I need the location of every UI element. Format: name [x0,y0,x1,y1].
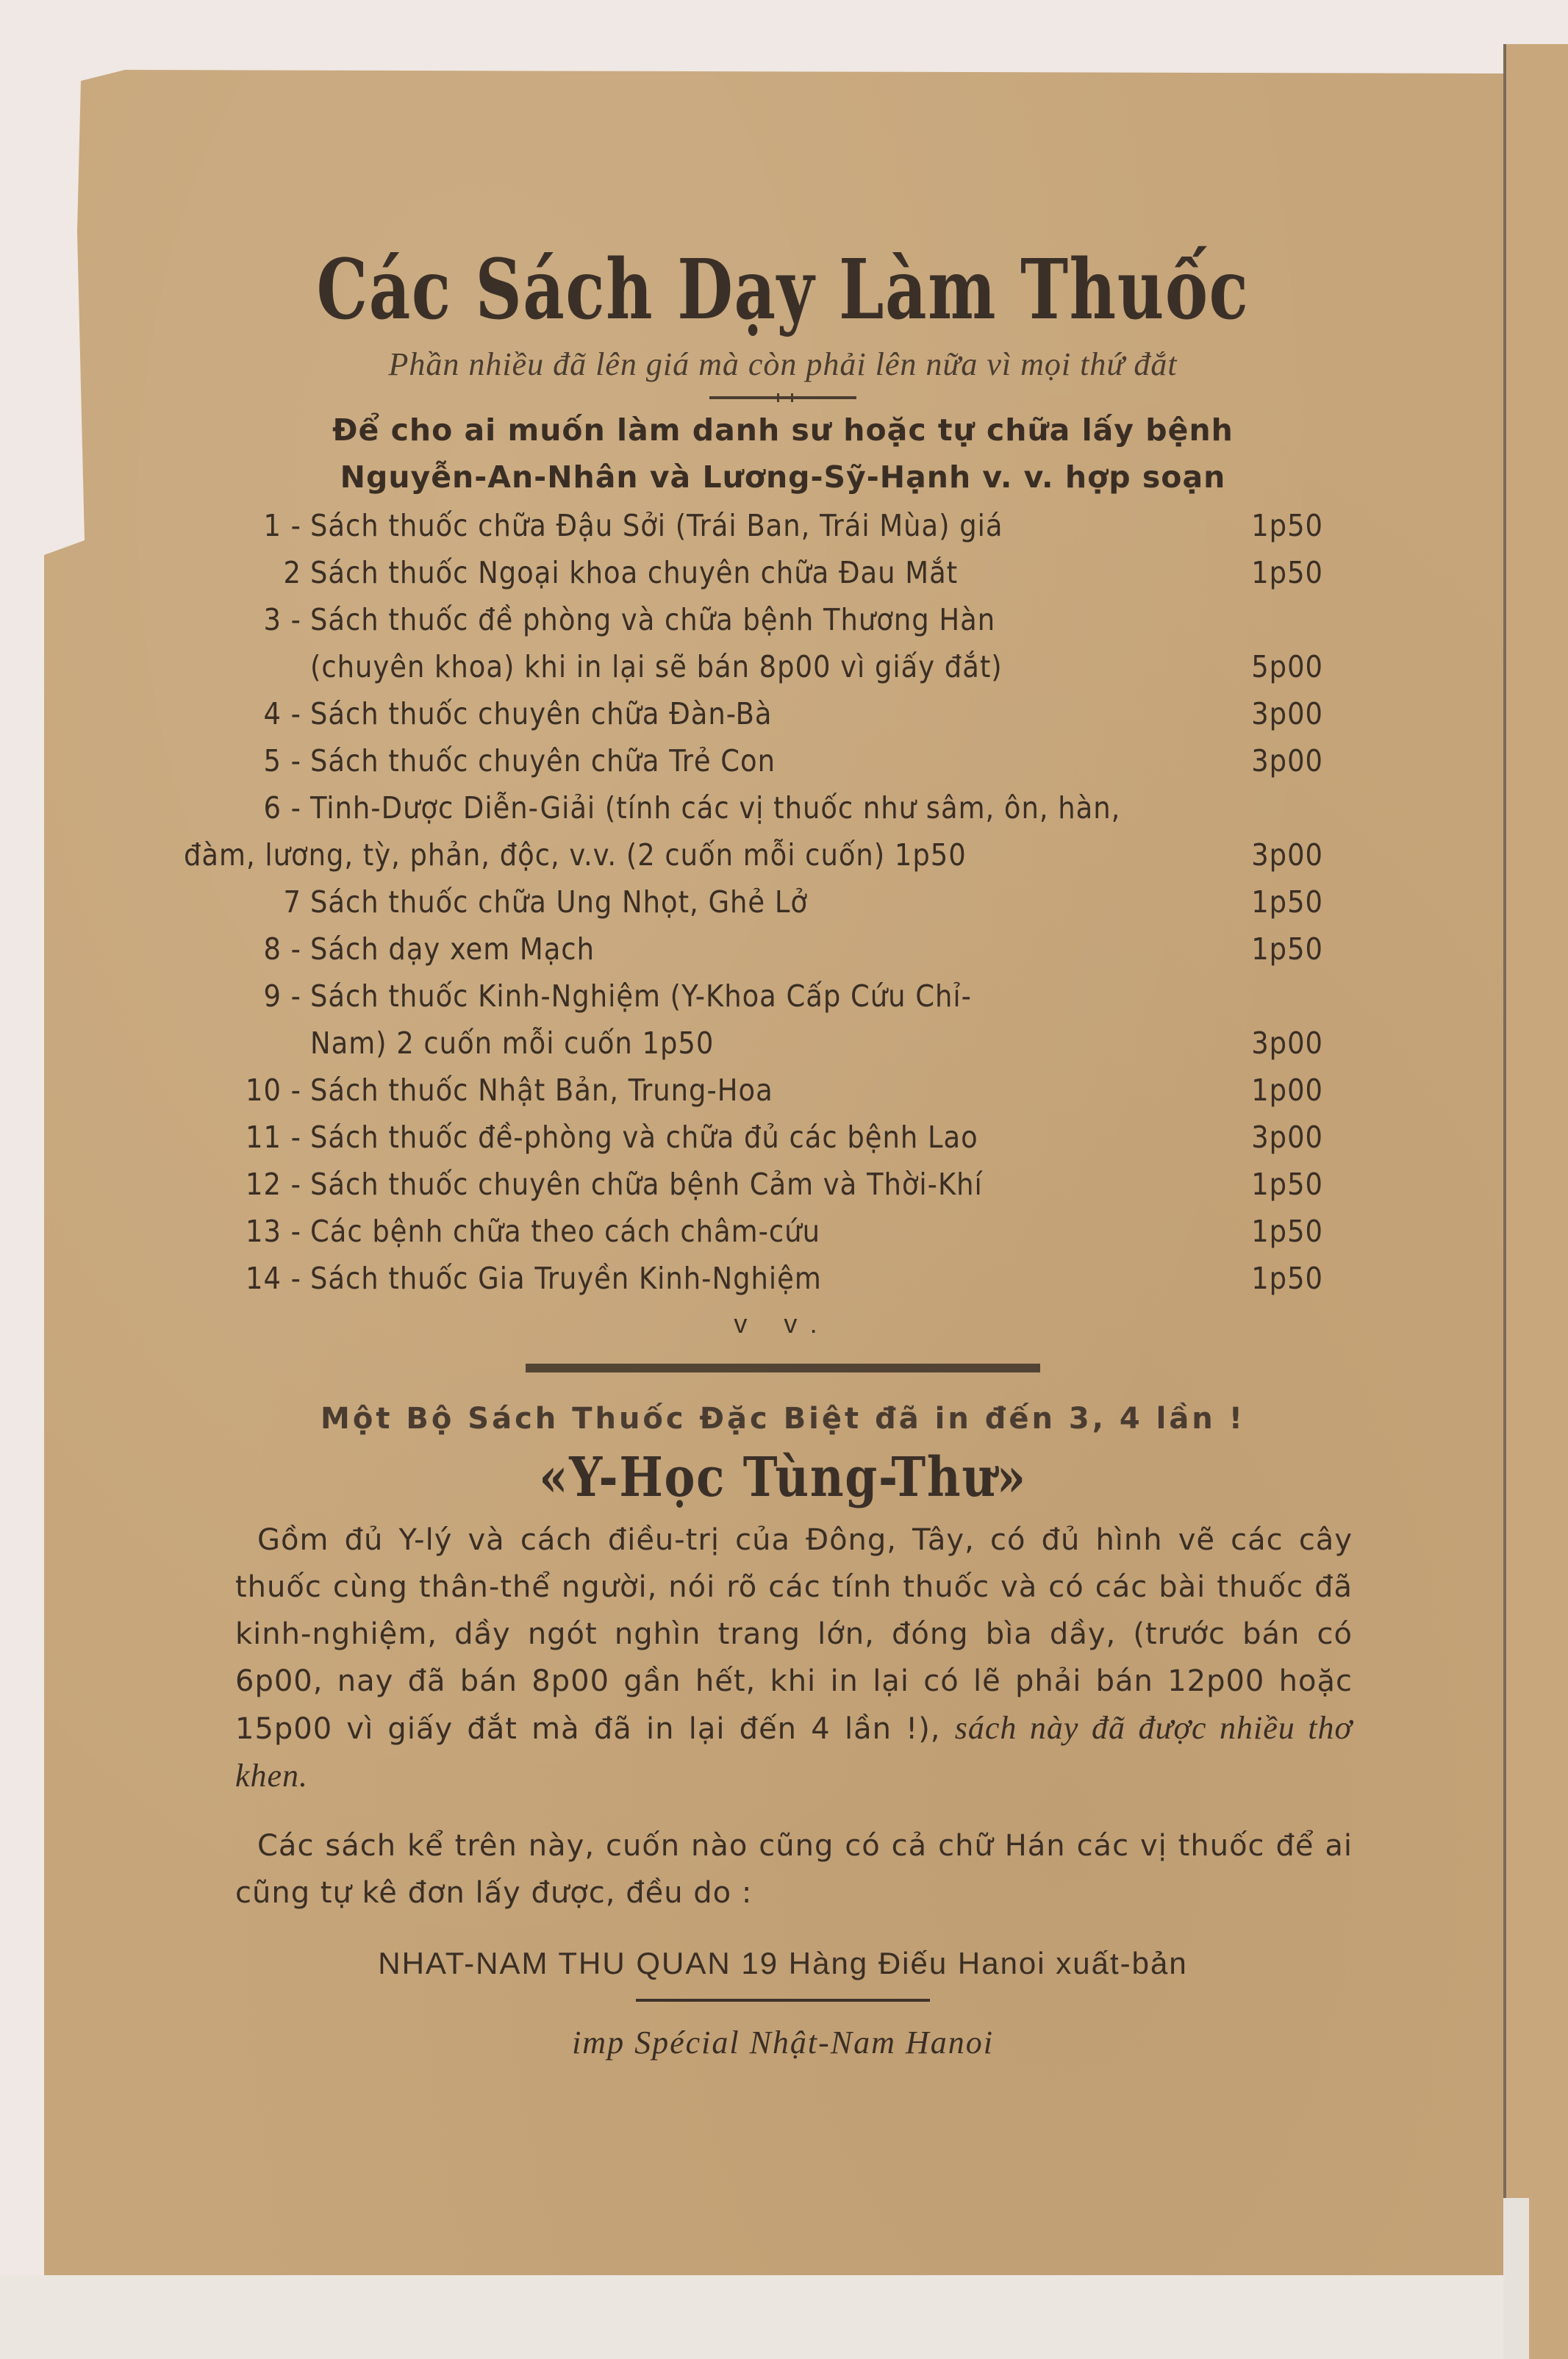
item-title: Các bệnh chữa theo cách châm-cứu [310,1208,820,1255]
list-item-continuation: (chuyên khoa) khi in lại sẽ bán 8p00 vì … [243,643,1323,690]
item-price: 3p00 [1235,1114,1323,1161]
book-list: 1 -Sách thuốc chữa Đậu Sởi (Trái Ban, Tr… [243,502,1323,1302]
list-item: 7Sách thuốc chữa Ung Nhọt, Ghẻ Lở 1p50 [243,878,1323,926]
list-item: 8 -Sách dạy xem Mạch 1p50 [243,926,1323,973]
item-title: Sách thuốc Kinh-Nghiệm (Y-Khoa Cấp Cứu C… [310,973,972,1020]
special-title: «Y-Học Tùng-Thư» [323,1446,1242,1509]
item-number: 11 - [243,1114,310,1161]
list-item: 2Sách thuốc Ngoại khoa chuyên chữa Đau M… [243,549,1323,596]
item-title: Sách dạy xem Mạch [310,926,595,973]
list-item-continuation: đàm, lương, tỳ, phản, độc, v.v. (2 cuốn … [243,831,1323,878]
item-title: Sách thuốc chuyên chữa Đàn-Bà [310,690,773,737]
item-price: 3p00 [1235,1020,1323,1067]
ornament-divider [709,396,856,399]
intro-line-2: Nguyễn-An-Nhân và Lương-Sỹ-Hạnh v. v. hợ… [243,454,1323,501]
item-title: Tinh-Dược Diễn-Giải (tính các vị thuốc n… [310,784,1120,831]
item-title: Sách thuốc Ngoại khoa chuyên chữa Đau Mắ… [310,549,958,596]
item-price: 1p50 [1235,549,1323,596]
list-item: 1 -Sách thuốc chữa Đậu Sởi (Trái Ban, Tr… [243,502,1323,549]
item-price: 5p00 [1235,643,1323,690]
item-title-continuation: Nam) 2 cuốn mỗi cuốn 1p50 [243,1020,714,1067]
note-paragraph: Các sách kể trên này, cuốn nào cũng có c… [235,1822,1353,1916]
item-price: 1p50 [1235,1161,1323,1208]
list-item: 5 -Sách thuốc chuyên chữa Trẻ Con 3p00 [243,737,1323,784]
item-number: 6 - [243,784,310,831]
item-price: 1p00 [1235,1067,1323,1114]
item-number: 4 - [243,690,310,737]
item-title: Sách thuốc đề phòng và chữa bệnh Thương … [310,596,995,643]
list-item-continuation: Nam) 2 cuốn mỗi cuốn 1p50 3p00 [243,1020,1323,1067]
list-item: 14 -Sách thuốc Gia Truyền Kinh-Nghiệm 1p… [243,1255,1323,1302]
item-price: 1p50 [1235,502,1323,549]
list-end-mark: v v. [243,1302,1323,1346]
item-number: 2 [243,549,310,596]
item-title: Sách thuốc chữa Đậu Sởi (Trái Ban, Trái … [310,502,1003,549]
item-number: 5 - [243,737,310,784]
list-item: 6 -Tinh-Dược Diễn-Giải (tính các vị thuố… [243,784,1323,831]
item-title: Sách thuốc chữa Ung Nhọt, Ghẻ Lở [310,878,808,926]
list-item: 10 -Sách thuốc Nhật Bản, Trung-Hoa 1p00 [243,1067,1323,1114]
list-item: 13 -Các bệnh chữa theo cách châm-cứu 1p5… [243,1208,1323,1255]
publisher-line: NHAT-NAM THU QUAN 19 Hàng Điếu Hanoi xuấ… [243,1946,1323,1981]
page-title: Các Sách Dạy Làm Thuốc [293,243,1273,338]
item-number: 3 - [243,596,310,643]
item-title: Sách thuốc chuyên chữa bệnh Cảm và Thời-… [310,1161,983,1208]
list-item: 3 -Sách thuốc đề phòng và chữa bệnh Thươ… [243,596,1323,643]
list-item: 4 -Sách thuốc chuyên chữa Đàn-Bà 3p00 [243,690,1323,737]
item-price: 1p50 [1235,1255,1323,1302]
item-title: Sách thuốc Gia Truyền Kinh-Nghiệm [310,1255,822,1302]
item-number: 14 - [243,1255,310,1302]
list-item: 12 -Sách thuốc chuyên chữa bệnh Cảm và T… [243,1161,1323,1208]
adjacent-page-edge [1503,44,1568,2359]
scan-background-corner [1503,2198,1529,2359]
scan-background-bottom [0,2275,1503,2359]
item-title-continuation: (chuyên khoa) khi in lại sẽ bán 8p00 vì … [243,643,1003,690]
intro-line-1: Để cho ai muốn làm danh sư hoặc tự chữa … [243,407,1323,454]
footer-divider [636,1999,930,2002]
note-text: Các sách kể trên này, cuốn nào cũng có c… [235,1829,1353,1910]
document-content: Các Sách Dạy Làm Thuốc Phần nhiều đã lên… [243,243,1323,2061]
item-number: 12 - [243,1161,310,1208]
item-price: 1p50 [1235,878,1323,926]
list-item: 9 -Sách thuốc Kinh-Nghiệm (Y-Khoa Cấp Cứ… [243,973,1323,1020]
page-subtitle: Phần nhiều đã lên giá mà còn phải lên nữ… [243,346,1323,383]
section-divider [526,1364,1040,1372]
item-price: 1p50 [1235,926,1323,973]
list-item: 11 -Sách thuốc đề-phòng và chữa đủ các b… [243,1114,1323,1161]
description-paragraph: Gồm đủ Y-lý và cách điều-trị của Đông, T… [235,1517,1353,1800]
item-title-continuation: đàm, lương, tỳ, phản, độc, v.v. (2 cuốn … [184,831,967,878]
printer-imprint: imp Spécial Nhật-Nam Hanoi [243,2024,1323,2061]
item-price: 3p00 [1235,737,1323,784]
item-title: Sách thuốc Nhật Bản, Trung-Hoa [310,1067,773,1114]
special-heading: Một Bộ Sách Thuốc Đặc Biệt đã in đến 3, … [243,1402,1323,1436]
item-number: 10 - [243,1067,310,1114]
item-number: 9 - [243,973,310,1020]
item-price: 3p00 [1235,690,1323,737]
item-number: 7 [243,878,310,926]
item-number: 13 - [243,1208,310,1255]
item-number: 1 - [243,502,310,549]
item-title: Sách thuốc đề-phòng và chữa đủ các bệnh … [310,1114,978,1161]
item-price: 3p00 [1235,831,1323,878]
item-title: Sách thuốc chuyên chữa Trẻ Con [310,737,776,784]
item-price: 1p50 [1235,1208,1323,1255]
item-number: 8 - [243,926,310,973]
